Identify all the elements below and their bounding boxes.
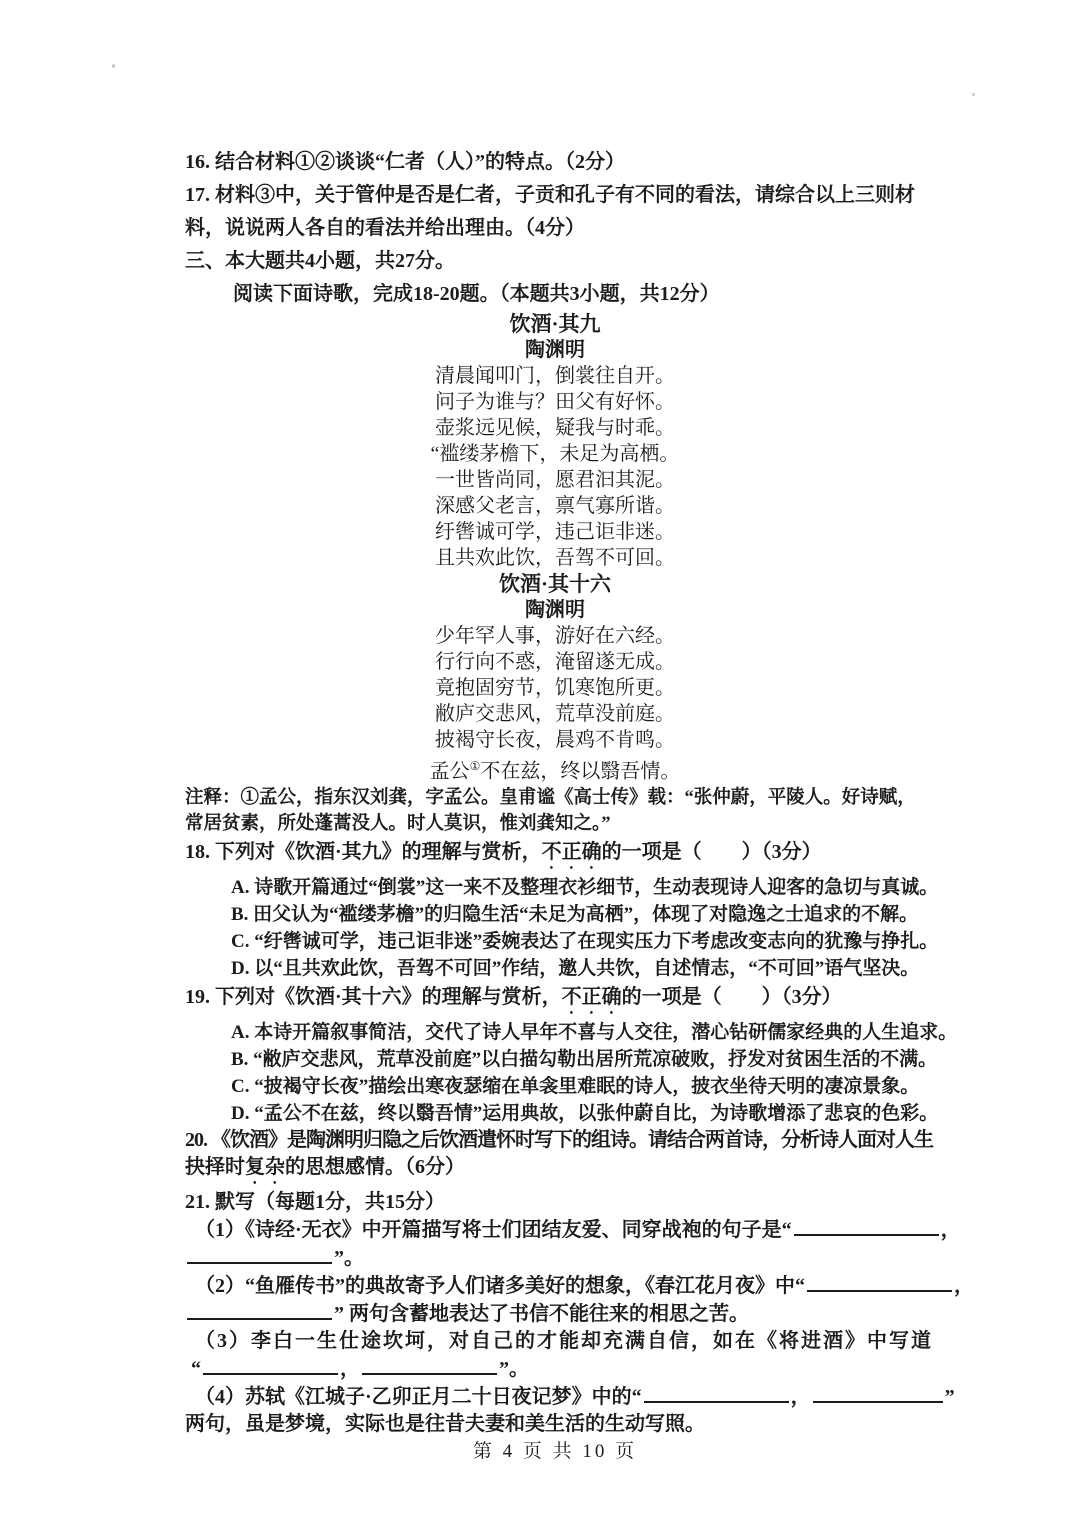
answer-blank: [807, 1272, 952, 1292]
answer-blank: [644, 1383, 789, 1403]
answer-blank: [203, 1355, 338, 1375]
item-text: “: [191, 1358, 201, 1380]
question-19-option-b: B. “敝庐交悲风，荒草没前庭”以白描勾勒出居所荒凉破败，抒发对贫困生活的不满。: [185, 1046, 925, 1073]
poem-line: 敝庐交悲风，荒草没前庭。: [185, 701, 925, 727]
poem-line-with-note-ref: 孟公①不在兹，终以翳吾情。: [185, 753, 925, 785]
poem-line: “褴缕茅檐下，未足为高栖。: [185, 441, 925, 467]
question-20-line2: 抉择时复杂的思想感情。（6分）: [185, 1154, 925, 1189]
question-20-line1: 20. 《饮酒》是陶渊明归隐之后饮酒遣怀时写下的组诗。请结合两首诗，分析诗人面对…: [185, 1127, 925, 1154]
answer-blank: [362, 1355, 497, 1375]
poem-line: 行行向不惑，淹留遂无成。: [185, 649, 925, 675]
note-reference-mark: ①: [470, 759, 481, 773]
poem-line: 且共欢此饮，吾驾不可回。: [185, 545, 925, 571]
item-text: （2）“鱼雁传书”的典故寄予人们诸多美好的想象，《春江花月夜》中“: [195, 1275, 805, 1297]
poem-yinjiu-qishiliu: 饮酒·其十六 陶渊明 少年罕人事，游好在六经。 行行向不惑，淹留遂无成。 竟抱固…: [185, 571, 925, 785]
recitation-item-1-line1: （1）《诗经·无衣》中开篇描写将士们团结友爱、同穿战袍的句子是“，: [185, 1216, 925, 1244]
question-18-option-d: D. 以“且共欢此饮，吾驾不可回”作结，邀人共饮，自述情志，“不可回”语气坚决。: [185, 955, 925, 982]
recitation-item-4-line2: 两句，虽是梦境，实际也是往昔夫妻和美生活的生动写照。: [185, 1411, 925, 1438]
poem-line-text: 不在兹，终以翳吾情。: [480, 761, 680, 783]
question-18: 18. 下列对《饮酒·其九》的理解与赏析，不正确的一项是（ ）（3分） A. 诗…: [185, 837, 925, 982]
recitation-item-1-line2: ”。: [185, 1244, 925, 1272]
emphasized-text: 复杂: [245, 1156, 285, 1178]
poem-line: 竟抱固穷节，饥寒饱所更。: [185, 675, 925, 701]
poem-line: 少年罕人事，游好在六经。: [185, 623, 925, 649]
exam-paper-page: 16. 结合材料①②谈谈“仁者（人）”的特点。（2分） 17. 材料③中，关于管…: [0, 0, 1080, 1527]
item-text: ，: [340, 1358, 360, 1380]
question-18-stem: 18. 下列对《饮酒·其九》的理解与赏析，不正确的一项是（ ）（3分）: [185, 837, 925, 874]
question-19-stem: 19. 下列对《饮酒·其十六》的理解与赏析，不正确的一项是（ ）（3分）: [185, 982, 925, 1019]
poem-footnote-line1: 注释：①孟公，指东汉刘龚，字孟公。皇甫谧《高士传》载：“张仲蔚，平陵人。好诗赋，: [185, 785, 925, 811]
emphasized-text: 不正确: [562, 986, 622, 1008]
question-20: 20. 《饮酒》是陶渊明归隐之后饮酒遣怀时写下的组诗。请结合两首诗，分析诗人面对…: [185, 1127, 925, 1189]
item-text: （4）苏轼《江城子·乙卯正月二十日夜记梦》中的“: [195, 1386, 642, 1408]
poem-yinjiu-qijiu: 饮酒·其九 陶渊明 清晨闻叩门，倒裳往自开。 问子为谁与？田父有好怀。 壶浆远见…: [185, 311, 925, 571]
question-21: 21. 默写（每题1分，共15分） （1）《诗经·无衣》中开篇描写将士们团结友爱…: [185, 1189, 925, 1438]
recitation-item-4-line1: （4）苏轼《江城子·乙卯正月二十日夜记梦》中的“，”: [185, 1383, 925, 1411]
poem-line: 一世皆尚同，愿君汩其泥。: [185, 467, 925, 493]
item-text: ，: [791, 1386, 811, 1408]
question-19-option-d: D. “孟公不在兹，终以翳吾情”运用典故，以张仲蔚自比，为诗歌增添了悲哀的色彩。: [185, 1100, 925, 1127]
emphasized-text: 不正确: [542, 841, 602, 863]
reading-instruction: 阅读下面诗歌，完成18-20题。（本题共3小题，共12分）: [185, 278, 925, 311]
poem-line: 清晨闻叩门，倒裳往自开。: [185, 363, 925, 389]
item-text: （1）《诗经·无衣》中开篇描写将士们团结友爱、同穿战袍的句子是“: [195, 1219, 792, 1241]
question-17-text-line1: 17. 材料③中，关于管仲是否是仁者，子贡和孔子有不同的看法，请综合以上三则材: [185, 179, 925, 212]
item-text: ” 两句含蓄地表达了书信不能往来的相思之苦。: [334, 1303, 749, 1325]
recitation-item-3-line2: “，”。: [185, 1355, 925, 1383]
scan-artifact-speck: [112, 64, 115, 68]
question-20-text: 抉择时: [185, 1156, 245, 1178]
item-text: ”: [945, 1386, 955, 1408]
stem-text: 18. 下列对《饮酒·其九》的理解与赏析，: [185, 841, 542, 863]
item-text: ”。: [334, 1247, 364, 1269]
page-number: 第 4 页 共 10 页: [185, 1438, 925, 1465]
question-19-option-a: A. 本诗开篇叙事简洁，交代了诗人早年不喜与人交往，潜心钻研儒家经典的人生追求。: [185, 1019, 925, 1046]
question-19: 19. 下列对《饮酒·其十六》的理解与赏析，不正确的一项是（ ）（3分） A. …: [185, 982, 925, 1127]
poem-title: 饮酒·其十六: [185, 571, 925, 597]
poem-author: 陶渊明: [185, 597, 925, 623]
section-3-heading: 三、本大题共4小题，共27分。: [185, 245, 925, 278]
question-18-option-b: B. 田父认为“褴缕茅檐”的归隐生活“未足为高栖”，体现了对隐逸之士追求的不解。: [185, 901, 925, 928]
poem-line: 问子为谁与？田父有好怀。: [185, 389, 925, 415]
stem-text: 的一项是（ ）（3分）: [602, 841, 822, 863]
poem-line: 披褐守长夜，晨鸡不肯鸣。: [185, 727, 925, 753]
answer-blank: [187, 1244, 332, 1264]
poem-line: 深感父老言，禀气寡所谐。: [185, 493, 925, 519]
poem-line-text: 孟公: [430, 761, 470, 783]
scan-artifact-speck: [972, 93, 975, 96]
question-18-option-a: A. 诗歌开篇通过“倒裳”这一来不及整理衣衫细节，生动表现诗人迎客的急切与真诚。: [185, 874, 925, 901]
question-19-option-c: C. “披褐守长夜”描绘出寒夜瑟缩在单衾里难眠的诗人，披衣坐待天明的凄凉景象。: [185, 1073, 925, 1100]
page-content: 16. 结合材料①②谈谈“仁者（人）”的特点。（2分） 17. 材料③中，关于管…: [185, 146, 925, 1465]
question-17-text-line2: 料，说说两人各自的看法并给出理由。（4分）: [185, 212, 925, 245]
recitation-item-2-line2: ” 两句含蓄地表达了书信不能往来的相思之苦。: [185, 1300, 925, 1328]
answer-blank: [187, 1300, 332, 1320]
poem-line: 壶浆远见候，疑我与时乖。: [185, 415, 925, 441]
question-20-text: 的思想感情。（6分）: [285, 1156, 465, 1178]
stem-text: 的一项是（ ）（3分）: [622, 986, 842, 1008]
item-text: ，: [954, 1275, 974, 1297]
question-16-text: 16. 结合材料①②谈谈“仁者（人）”的特点。（2分）: [185, 146, 925, 179]
poem-author: 陶渊明: [185, 337, 925, 363]
item-text: ，: [941, 1219, 961, 1241]
stem-text: 19. 下列对《饮酒·其十六》的理解与赏析，: [185, 986, 562, 1008]
recitation-item-3-line1: （3）李白一生仕途坎坷，对自己的才能却充满自信，如在《将进酒》中写道: [185, 1328, 925, 1355]
poem-line: 纡辔诚可学，违己讵非迷。: [185, 519, 925, 545]
answer-blank: [813, 1383, 943, 1403]
question-18-option-c: C. “纡辔诚可学，违己讵非迷”委婉表达了在现实压力下考虑改变志向的犹豫与挣扎。: [185, 928, 925, 955]
question-21-heading: 21. 默写（每题1分，共15分）: [185, 1189, 925, 1216]
poem-title: 饮酒·其九: [185, 311, 925, 337]
poem-footnote-line2: 常居贫素，所处蓬蒿没人。时人莫识，惟刘龚知之。”: [185, 811, 925, 837]
answer-blank: [794, 1216, 939, 1236]
recitation-item-2-line1: （2）“鱼雁传书”的典故寄予人们诸多美好的想象，《春江花月夜》中“，: [185, 1272, 925, 1300]
item-text: ”。: [499, 1358, 529, 1380]
